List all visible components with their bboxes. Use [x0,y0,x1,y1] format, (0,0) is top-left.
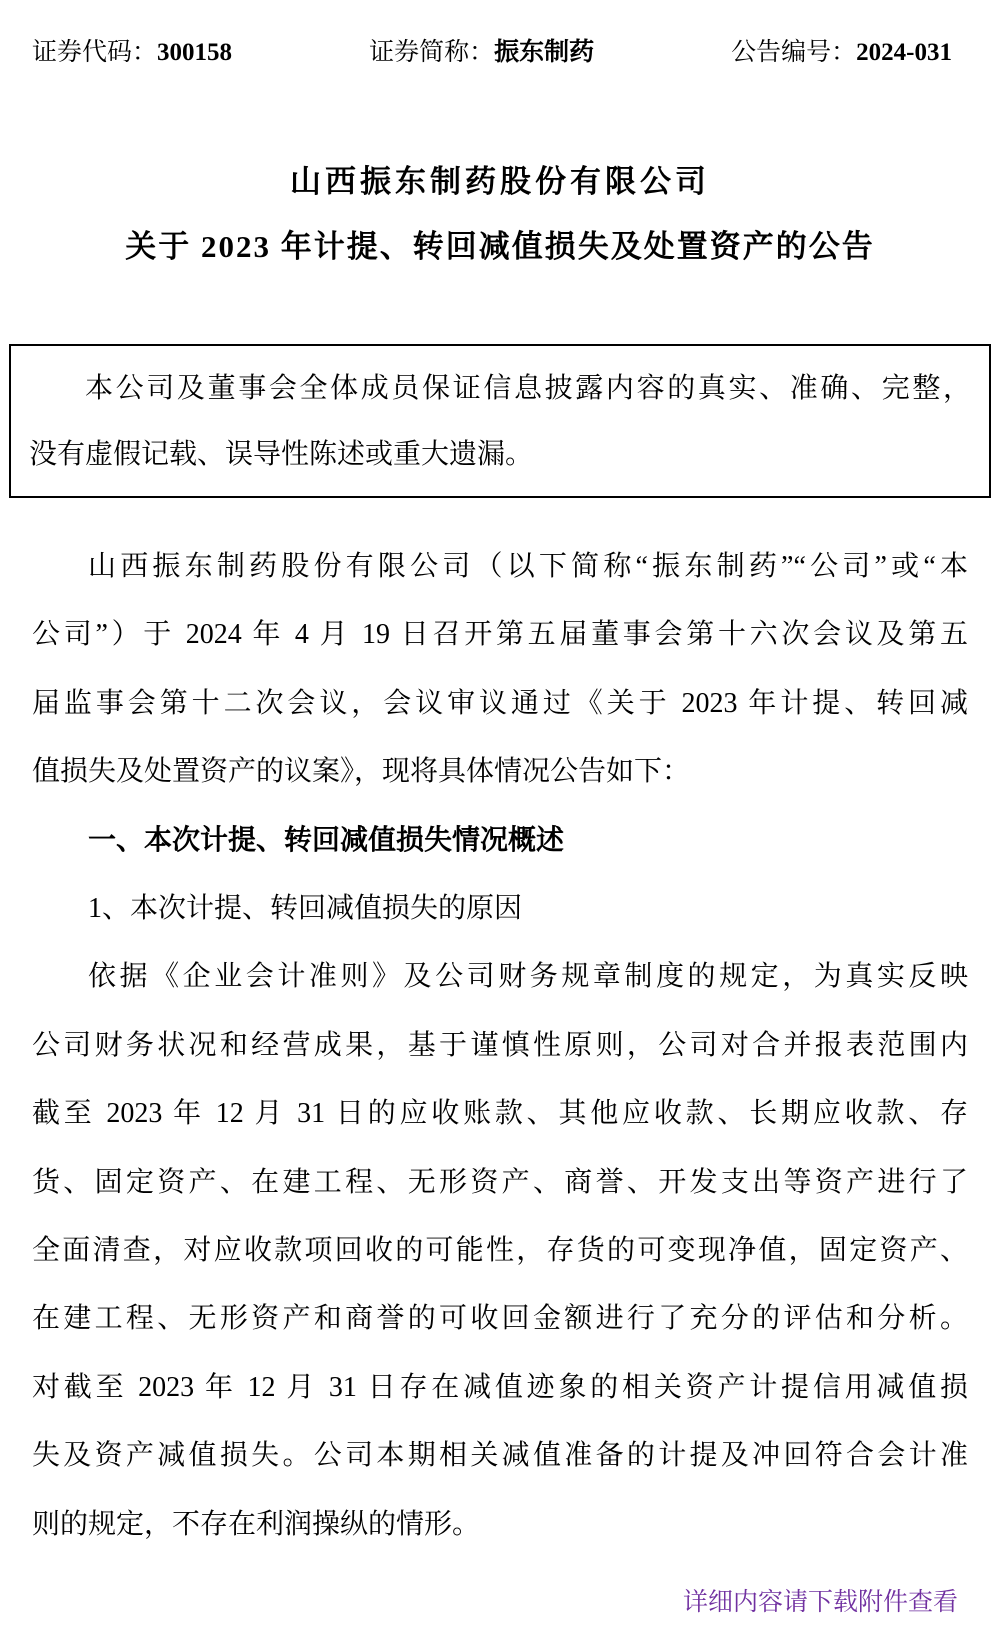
disclaimer-line: 本公司及董事会全体成员保证信息披露内容的真实、准确、完整， [29,356,971,422]
body-line: 依据《企业会计准则》及公司财务规章制度的规定，为真实反映 [32,943,968,1011]
attachment-download-note[interactable]: 详细内容请下载附件查看 [683,1588,958,1618]
document-body: 山西振东制药股份有限公司（以下简称“振东制药”“公司”或“本 公司”）于 202… [32,533,968,1559]
body-line: 公司财务状况和经营成果，基于谨慎性原则，公司对合并报表范围内 [32,1012,968,1080]
stock-code: 证券代码：300158 [32,36,232,70]
body-line: 截至 2023 年 12 月 31 日的应收账款、其他应收款、长期应收款、存 [32,1080,968,1148]
stock-short-name-value: 振东制药 [494,39,594,66]
announcement-page: 证券代码：300158 证券简称：振东制药 公告编号：2024-031 山西振东… [0,0,1000,1647]
body-line: 失及资产减值损失。公司本期相关减值准备的计提及冲回符合会计准 [32,1422,968,1490]
section-heading: 一、本次计提、转回减值损失情况概述 [32,807,968,875]
disclaimer-box: 本公司及董事会全体成员保证信息披露内容的真实、准确、完整， 没有虚假记载、误导性… [9,344,991,498]
securities-info-row: 证券代码：300158 证券简称：振东制药 公告编号：2024-031 [32,36,952,70]
announcement-number: 公告编号：2024-031 [731,36,952,70]
body-line: 对截至 2023 年 12 月 31 日存在减值迹象的相关资产计提信用减值损 [32,1354,968,1422]
subsection-heading: 1、本次计提、转回减值损失的原因 [32,875,968,943]
announcement-number-value: 2024-031 [856,39,952,66]
body-line: 货、固定资产、在建工程、无形资产、商誉、开发支出等资产进行了 [32,1149,968,1217]
body-line: 值损失及处置资产的议案》，现将具体情况公告如下： [32,738,968,806]
stock-short-name: 证券简称：振东制药 [369,36,594,70]
stock-code-label: 证券代码： [32,39,157,66]
disclaimer-line: 没有虚假记载、误导性陈述或重大遗漏。 [29,422,971,488]
body-line: 在建工程、无形资产和商誉的可收回金额进行了充分的评估和分析。 [32,1285,968,1353]
body-line: 届监事会第十二次会议，会议审议通过《关于 2023 年计提、转回减 [32,670,968,738]
stock-code-value: 300158 [157,39,232,66]
stock-short-name-label: 证券简称： [369,39,494,66]
body-line: 全面清查，对应收款项回收的可能性，存货的可变现净值，固定资产、 [32,1217,968,1285]
announcement-title: 关于 2023 年计提、转回减值损失及处置资产的公告 [0,228,1000,266]
body-line: 公司”）于 2024 年 4 月 19 日召开第五届董事会第十六次会议及第五 [32,601,968,669]
announcement-number-label: 公告编号： [731,39,856,66]
company-title: 山西振东制药股份有限公司 [0,163,1000,201]
body-line: 山西振东制药股份有限公司（以下简称“振东制药”“公司”或“本 [32,533,968,601]
body-line: 则的规定，不存在利润操纵的情形。 [32,1491,968,1559]
